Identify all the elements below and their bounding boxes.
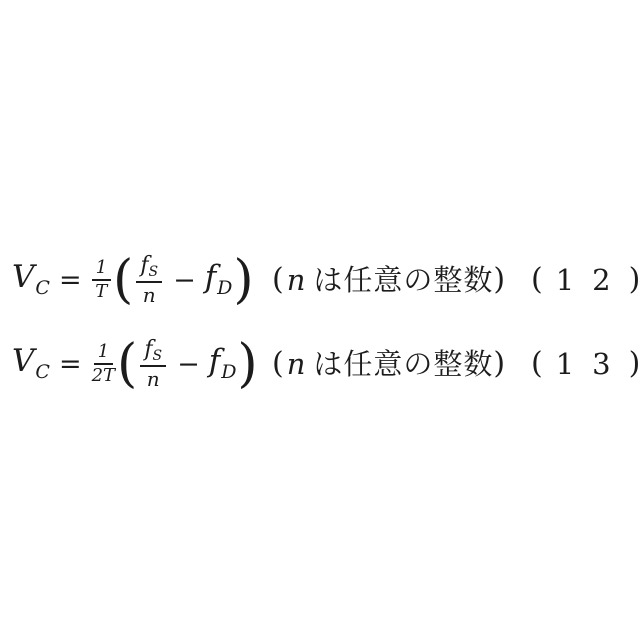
note-close-paren: ) <box>493 265 505 295</box>
document-page: VC = 1 T ( fS n − fD ) ( n は任意の整数 ) ( 12… <box>0 0 640 640</box>
close-paren: ) <box>233 254 253 306</box>
open-paren: ( <box>113 254 133 306</box>
subtracted-term: fD <box>205 262 233 298</box>
inner-numerator-subscript: S <box>152 348 162 364</box>
equation-row-12: VC = 1 T ( fS n − fD ) ( n は任意の整数 ) ( 12… <box>0 248 640 312</box>
equals-sign: = <box>59 267 82 294</box>
eqnum-digits: 13 <box>556 350 629 379</box>
close-paren: ) <box>237 338 257 390</box>
inner-numerator: fS <box>140 339 166 367</box>
eqnum-digits: 12 <box>556 266 629 295</box>
inner-denominator: n <box>147 367 160 389</box>
lhs-term: VC <box>12 346 50 382</box>
term-subscript: D <box>221 361 236 383</box>
lhs-subscript: C <box>35 361 50 383</box>
formula-12: VC = 1 T ( fS n − fD ) <box>12 248 255 312</box>
formula-13: VC = 1 2T ( fS n − fD ) <box>12 332 259 396</box>
note-13: ( n は任意の整数 ) <box>272 332 505 396</box>
lhs-variable: V <box>12 259 34 295</box>
lhs-variable: V <box>12 343 34 379</box>
term-subscript: D <box>217 277 232 299</box>
lhs-term: VC <box>12 262 50 298</box>
note-12: ( n は任意の整数 ) <box>272 248 505 312</box>
equation-number-12: ( 12 ) <box>531 248 640 312</box>
inner-numerator: fS <box>136 255 162 283</box>
coefficient-denominator: 2T <box>92 365 115 385</box>
coefficient-fraction: 1 2T <box>92 343 115 385</box>
note-text: は任意の整数 <box>313 350 493 379</box>
inner-numerator-subscript: S <box>148 264 158 280</box>
eqnum-open-paren: ( <box>531 349 543 379</box>
inner-fraction: fS n <box>140 339 166 389</box>
coefficient-numerator: 1 <box>94 343 113 365</box>
inner-fraction: fS n <box>136 255 162 305</box>
equation-row-13: VC = 1 2T ( fS n − fD ) ( n は任意の整数 ) ( 1… <box>0 332 640 396</box>
minus-sign: − <box>177 351 200 378</box>
inner-denominator: n <box>143 283 156 305</box>
note-open-paren: ( <box>272 265 284 295</box>
note-variable: n <box>287 266 306 295</box>
note-close-paren: ) <box>493 349 505 379</box>
open-paren: ( <box>117 338 137 390</box>
term-variable: f <box>205 259 216 295</box>
minus-sign: − <box>173 267 196 294</box>
eqnum-close-paren: ) <box>629 265 640 295</box>
lhs-subscript: C <box>35 277 50 299</box>
eqnum-open-paren: ( <box>531 265 543 295</box>
note-text: は任意の整数 <box>313 266 493 295</box>
note-variable: n <box>287 350 306 379</box>
equals-sign: = <box>59 351 82 378</box>
eqnum-close-paren: ) <box>629 349 640 379</box>
coefficient-fraction: 1 T <box>92 259 111 301</box>
subtracted-term: fD <box>209 346 237 382</box>
note-open-paren: ( <box>272 349 284 379</box>
term-variable: f <box>209 343 220 379</box>
equation-number-13: ( 13 ) <box>531 332 640 396</box>
coefficient-denominator: T <box>95 281 107 301</box>
coefficient-numerator: 1 <box>92 259 111 281</box>
